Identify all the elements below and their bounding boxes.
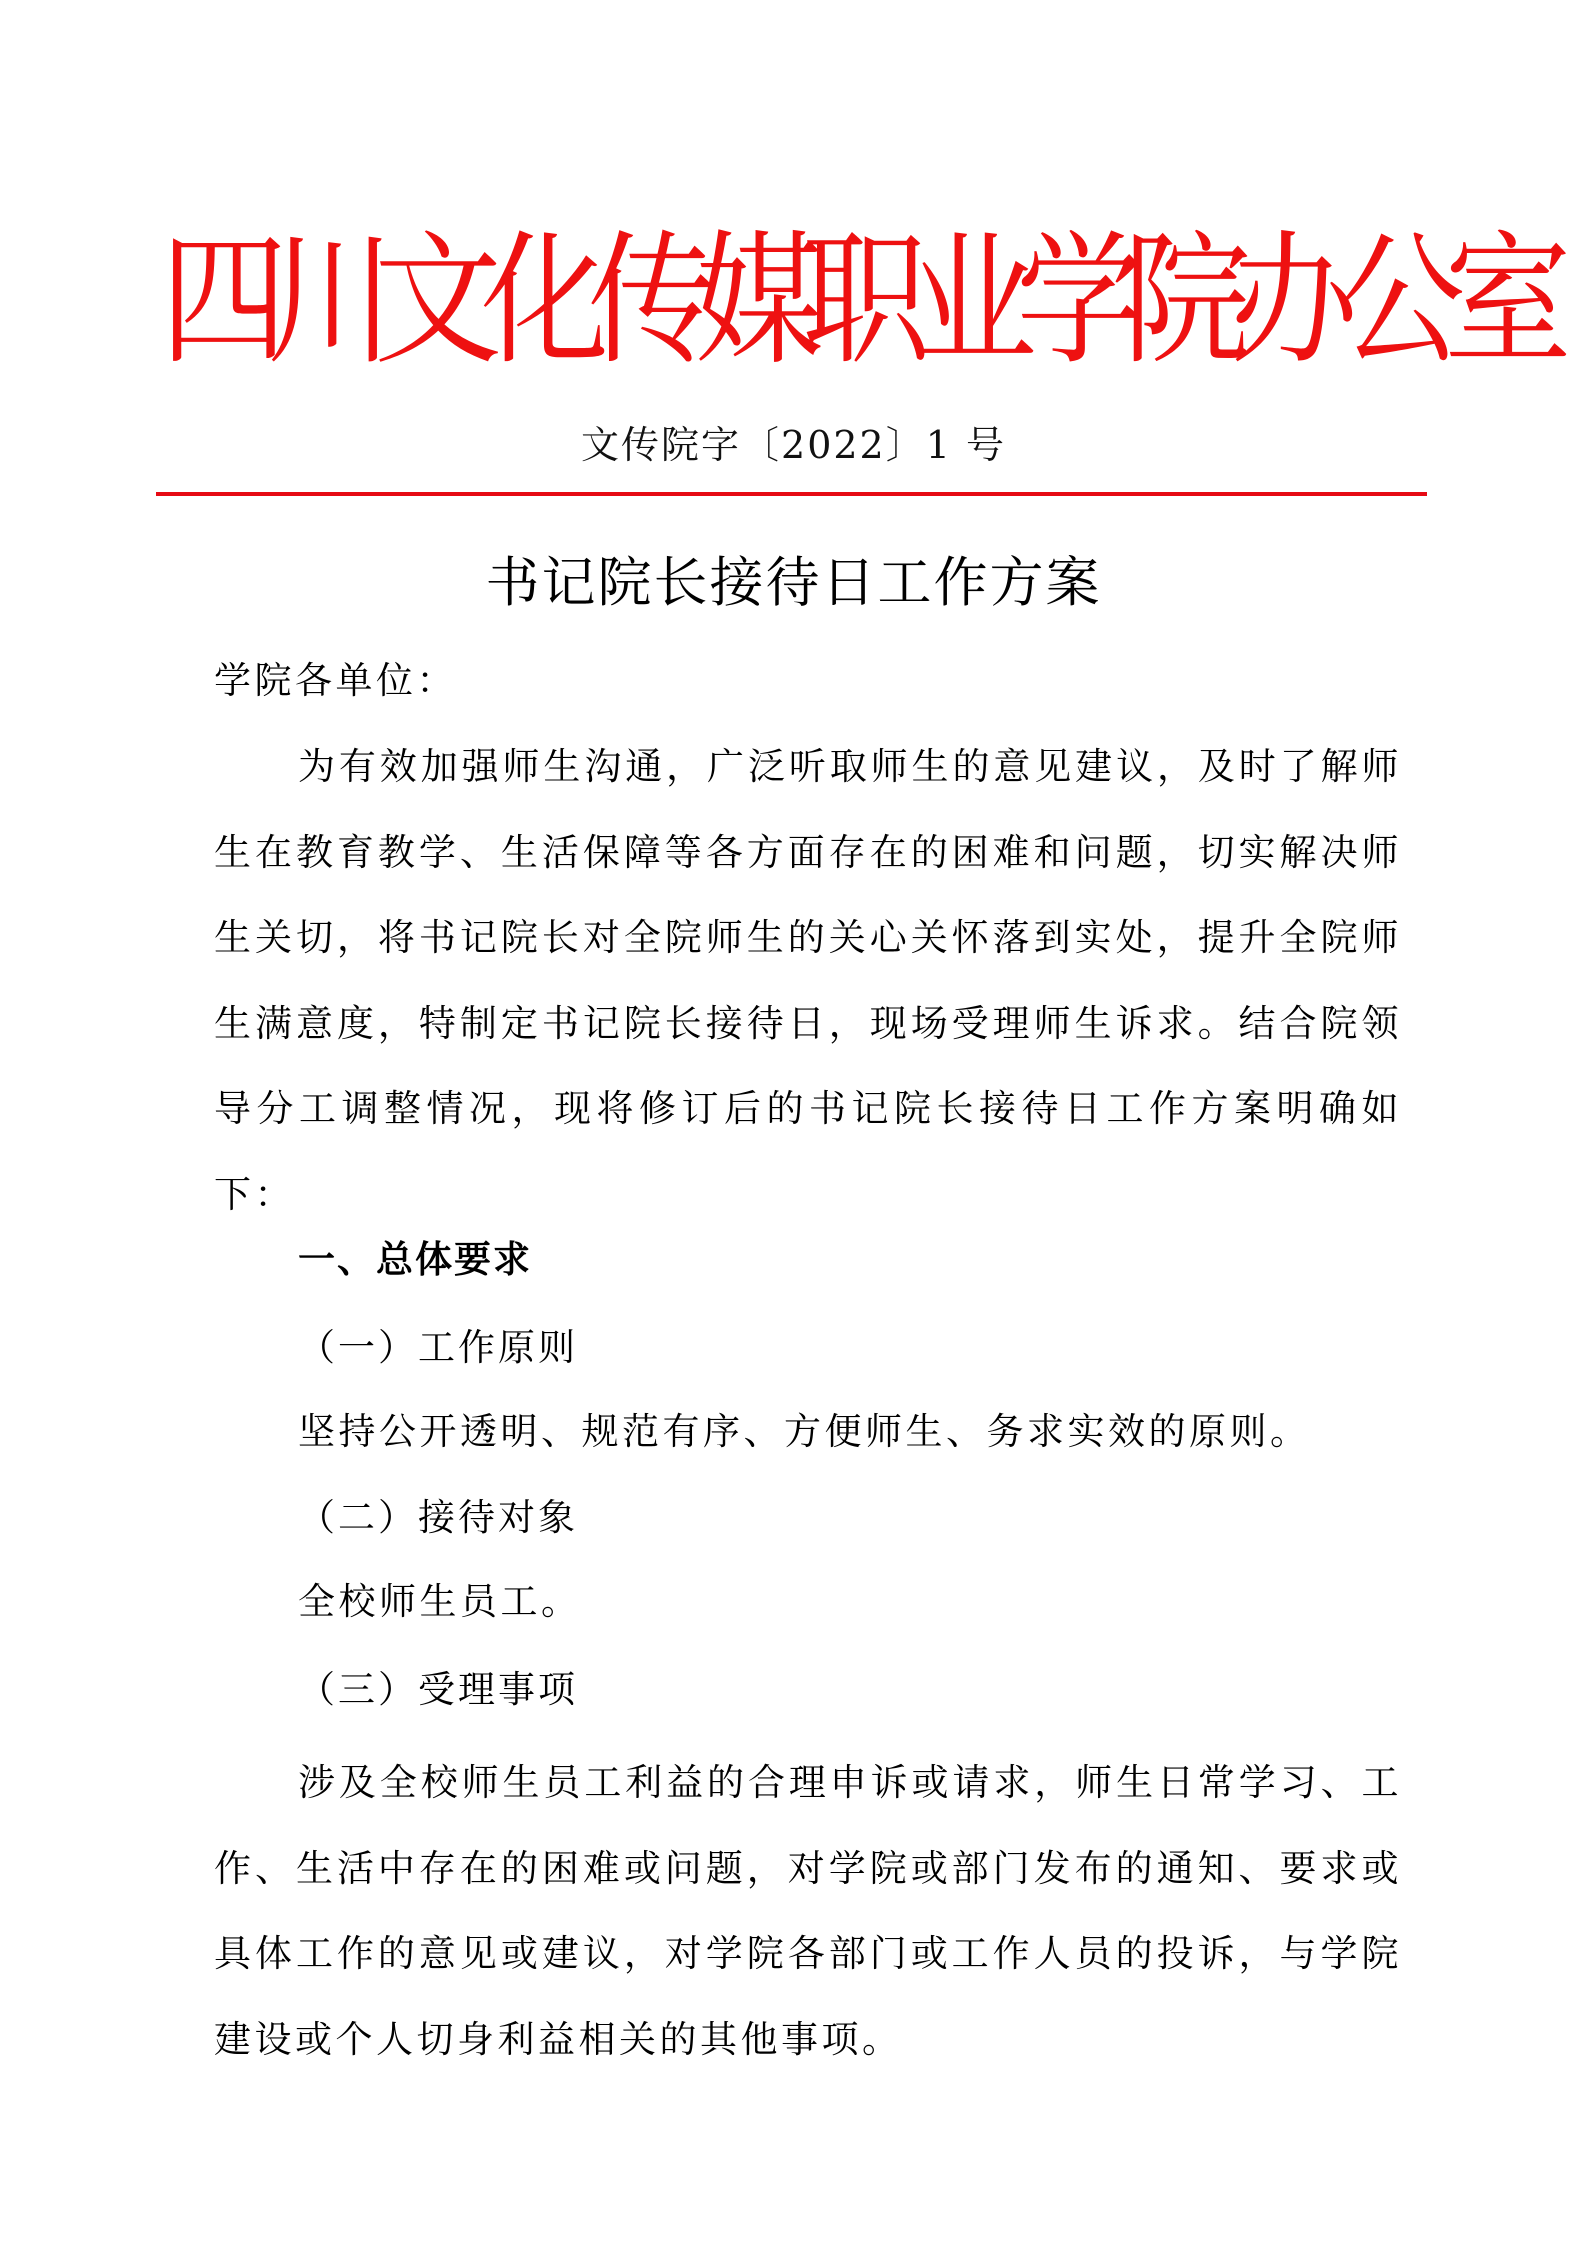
document-page: 四 川 文 化 传 媒 职 业 学 院 办 公 室 文传院字〔2022〕1 号 … <box>0 0 1587 2245</box>
issuer-header: 四 川 文 化 传 媒 职 业 学 院 办 公 室 <box>160 218 1450 386</box>
issuer-char: 媒 <box>695 218 802 386</box>
issuer-char: 业 <box>909 218 1016 386</box>
issuer-char: 川 <box>267 218 374 386</box>
issuer-char: 传 <box>588 218 695 386</box>
issuer-char: 学 <box>1016 218 1123 386</box>
section-heading: 一、总体要求 <box>298 1230 532 1290</box>
subsection-heading-matters: （三）受理事项 <box>298 1660 578 1720</box>
subsection-heading-audience: （二）接待对象 <box>298 1488 578 1548</box>
red-divider <box>156 492 1427 496</box>
issuer-char: 室 <box>1444 218 1551 386</box>
issuer-char: 职 <box>802 218 909 386</box>
subsection-heading-principles: （一）工作原则 <box>298 1318 578 1378</box>
issuer-char: 办 <box>1230 218 1337 386</box>
document-number: 文传院字〔2022〕1 号 <box>0 420 1587 470</box>
issuer-char: 院 <box>1123 218 1230 386</box>
issuer-char: 文 <box>374 218 481 386</box>
issuer-char: 四 <box>160 218 267 386</box>
subsection-body-audience: 全校师生员工。 <box>298 1572 582 1632</box>
subsection-body-principles: 坚持公开透明、规范有序、方便师生、务求实效的原则。 <box>298 1402 1311 1462</box>
issuer-char: 化 <box>481 218 588 386</box>
issuer-char: 公 <box>1337 218 1444 386</box>
intro-paragraph: 为有效加强师生沟通，广泛听取师生的意见建议，及时了解师生在教育教学、生活保障等各… <box>214 724 1402 1238</box>
subsection-body-matters: 涉及全校师生员工利益的合理申诉或请求，师生日常学习、工作、生活中存在的困难或问题… <box>214 1740 1402 2082</box>
salutation: 学院各单位： <box>214 638 1402 724</box>
document-title: 书记院长接待日工作方案 <box>0 548 1587 618</box>
